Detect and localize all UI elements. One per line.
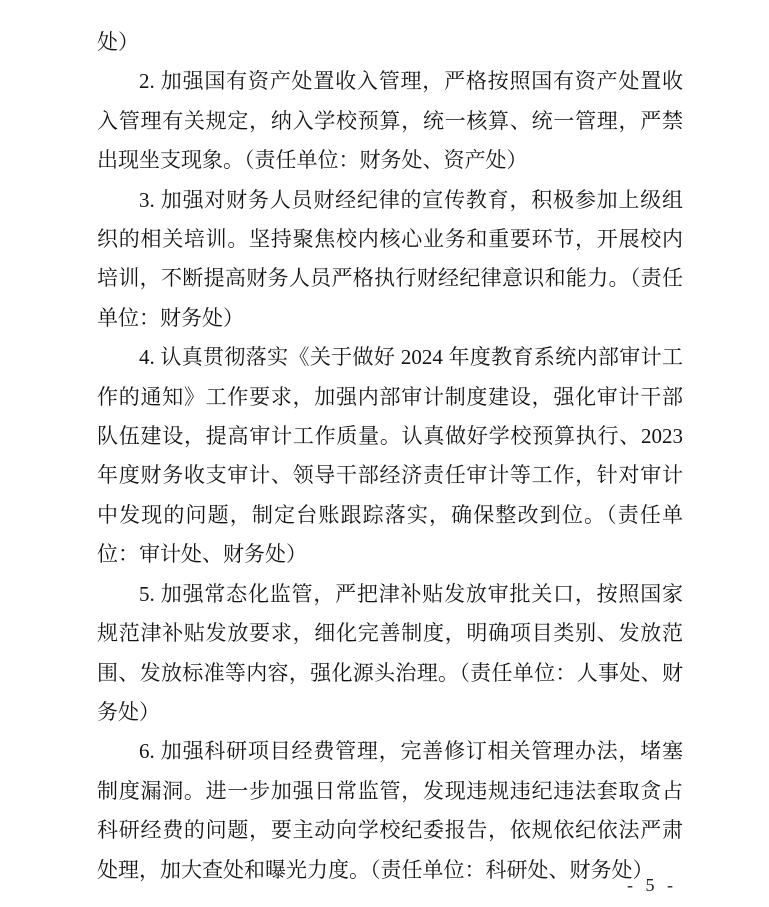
paragraph-item-2: 2. 加强国有资产处置收入管理，严格按照国有资产处置收入管理有关规定，纳入学校预… bbox=[97, 62, 683, 180]
paragraph-item-3: 3. 加强对财务人员财经纪律的宣传教育，积极参加上级组织的相关培训。坚持聚焦校内… bbox=[97, 181, 683, 339]
paragraph-item-4: 4. 认真贯彻落实《关于做好 2024 年度教育系统内部审计工作的通知》工作要求… bbox=[97, 338, 683, 574]
paragraph-item-6: 6. 加强科研项目经费管理，完善修订相关管理办法，堵塞制度漏洞。进一步加强日常监… bbox=[97, 732, 683, 890]
paragraph-continuation: 处） bbox=[97, 23, 683, 62]
document-page: 处） 2. 加强国有资产处置收入管理，严格按照国有资产处置收入管理有关规定，纳入… bbox=[0, 0, 769, 907]
paragraph-item-5: 5. 加强常态化监管，严把津补贴发放审批关口，按照国家规范津补贴发放要求，细化完… bbox=[97, 575, 683, 733]
page-number: - 5 - bbox=[627, 874, 677, 896]
document-body: 处） 2. 加强国有资产处置收入管理，严格按照国有资产处置收入管理有关规定，纳入… bbox=[97, 23, 683, 890]
